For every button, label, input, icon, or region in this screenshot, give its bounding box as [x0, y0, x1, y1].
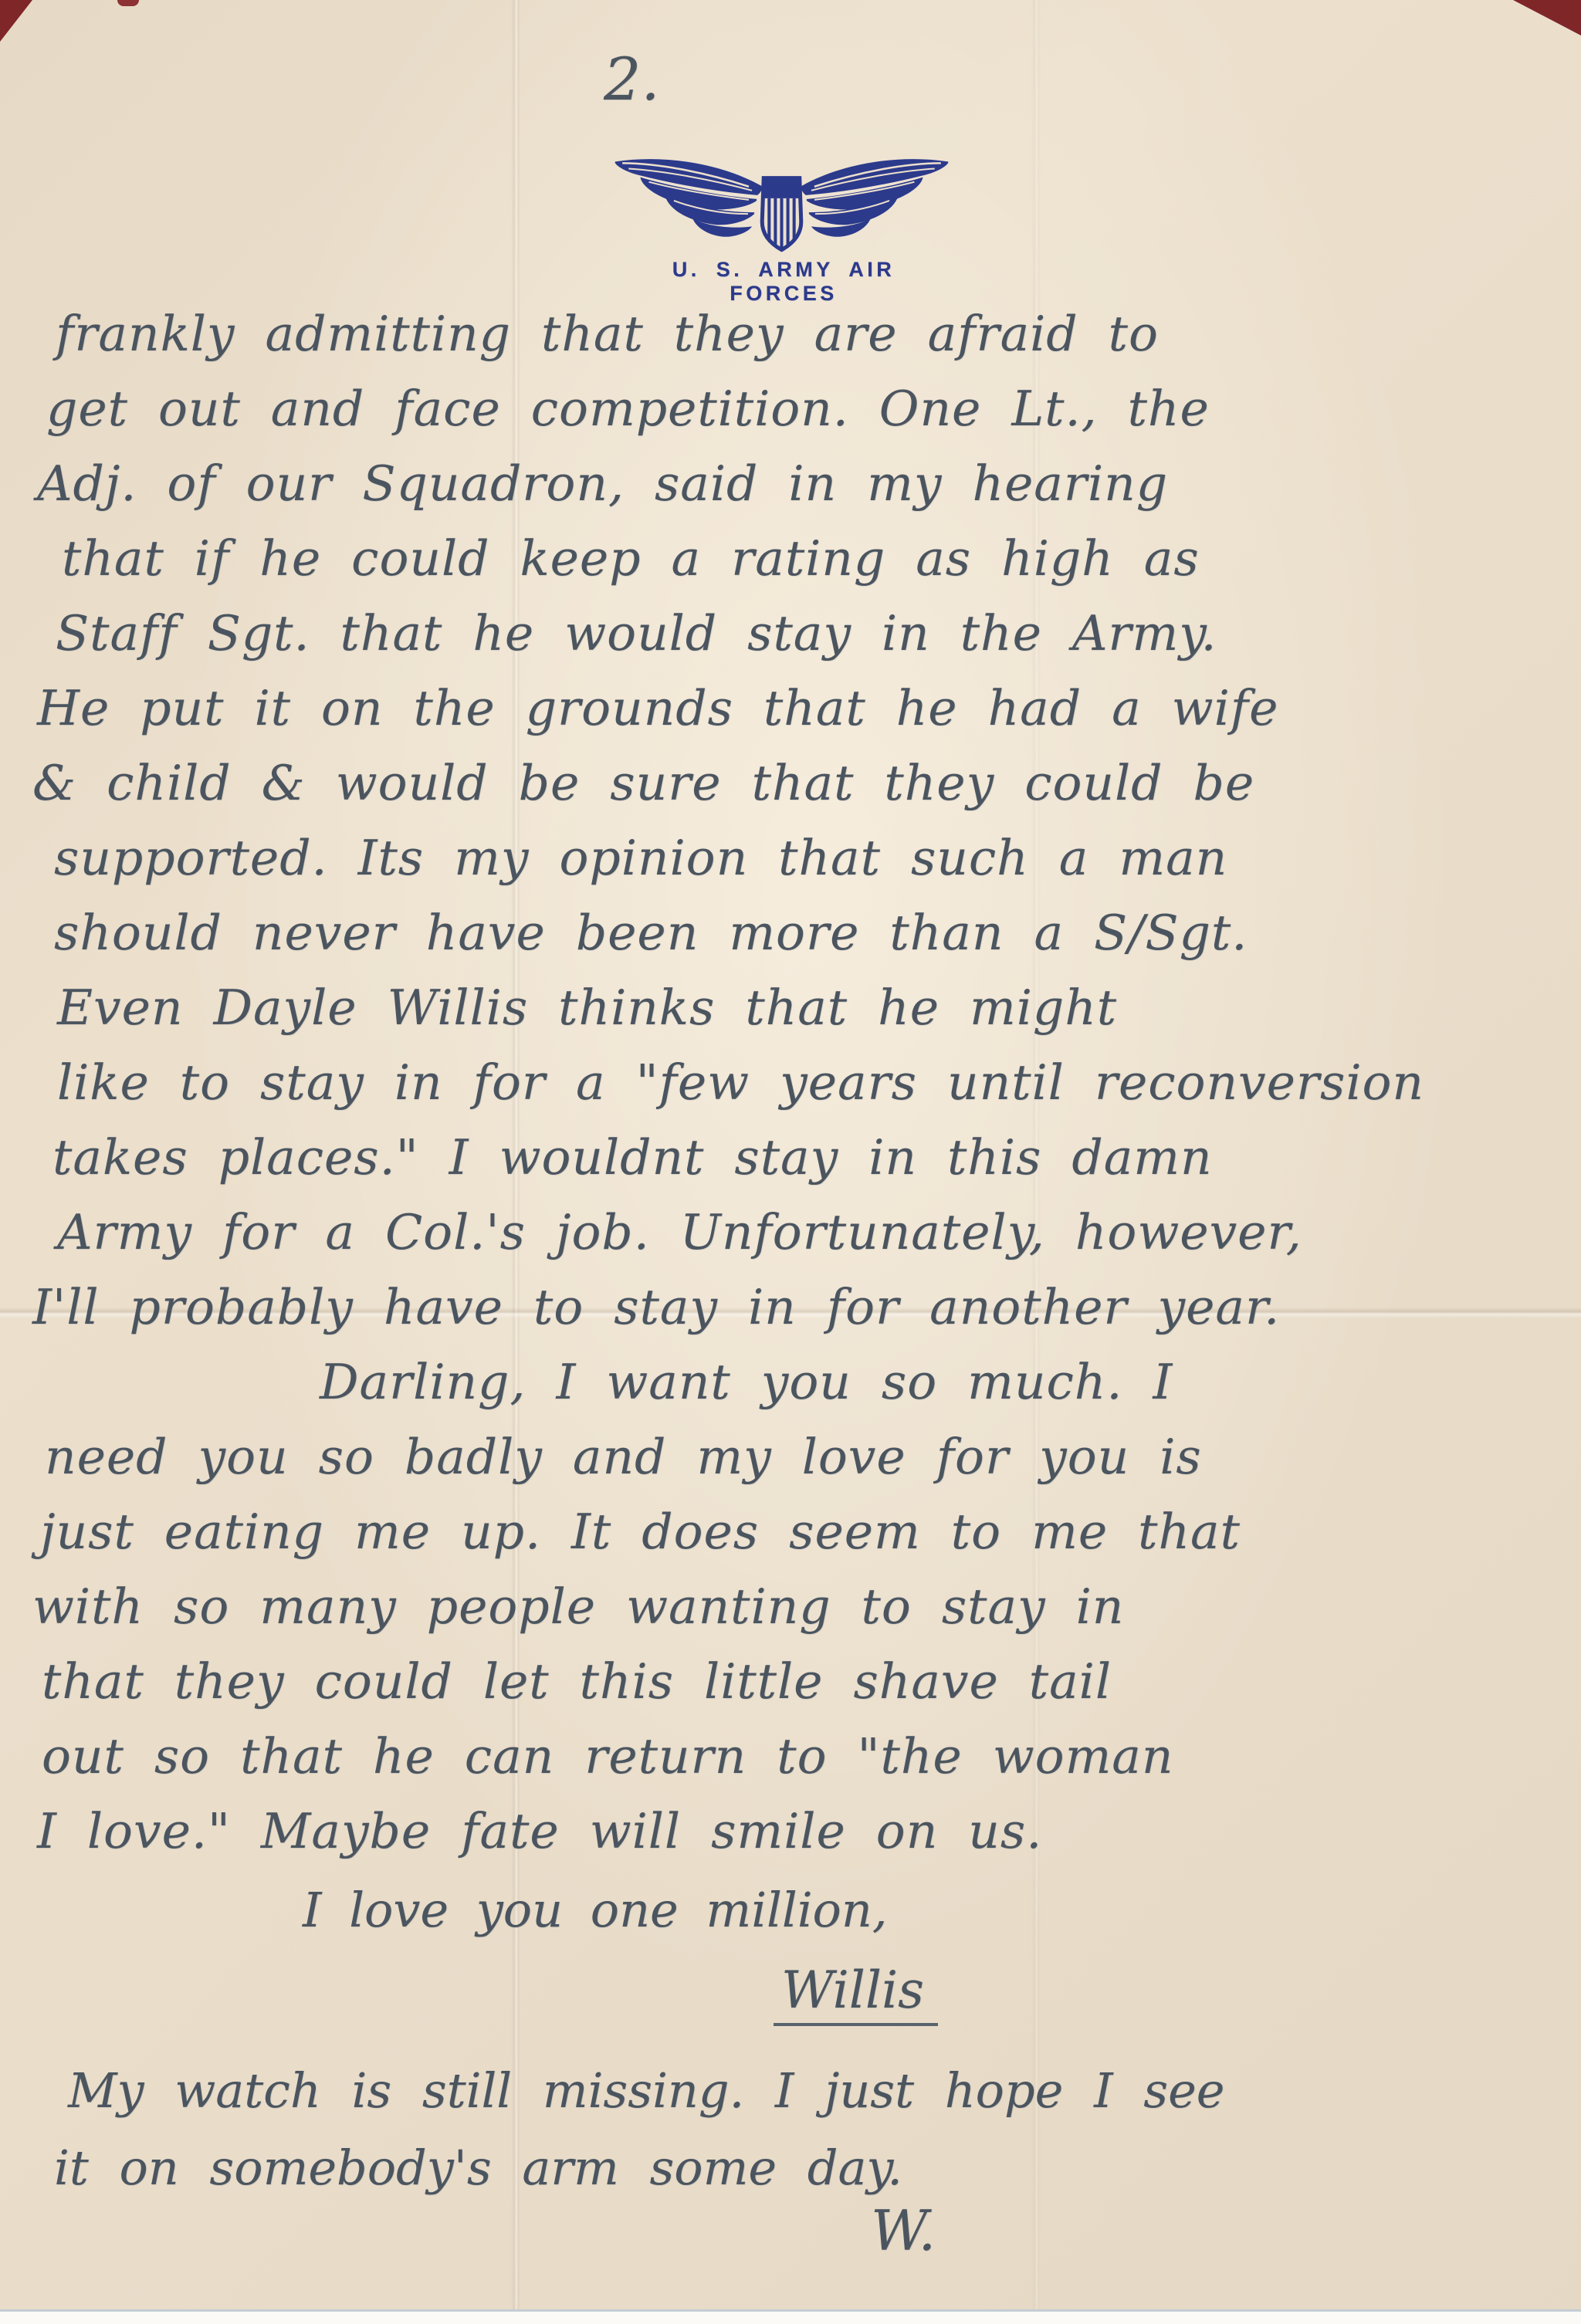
postscript-line: it on somebody's arm some day. — [54, 2140, 902, 2196]
pilot-wings-icon — [610, 150, 953, 259]
scan-corner-top-right — [1513, 0, 1581, 36]
scan-edge-bottom — [0, 2309, 1581, 2324]
valediction: I love you one million, — [303, 1882, 888, 1938]
letter-page: 2. — [0, 0, 1581, 2324]
handwritten-line: frankly admitting that they are afraid t… — [56, 296, 1565, 371]
handwritten-line: with so many people wanting to stay in — [32, 1569, 1565, 1644]
scan-corner-top-left — [0, 0, 32, 42]
handwritten-line: like to stay in for a "few years until r… — [57, 1045, 1565, 1120]
handwritten-line: Army for a Col.'s job. Unfortunately, ho… — [57, 1195, 1565, 1270]
handwritten-line: Adj. of our Squadron, said in my hearing — [37, 446, 1565, 521]
handwritten-line: He put it on the grounds that he had a w… — [37, 671, 1565, 746]
handwritten-line: just eating me up. It does seem to me th… — [40, 1494, 1565, 1569]
handwritten-line: that if he could keep a rating as high a… — [62, 521, 1565, 596]
handwritten-line: takes places." I wouldnt stay in this da… — [52, 1120, 1565, 1195]
handwritten-line: get out and face competition. One Lt., t… — [46, 371, 1565, 446]
pilot-wings-insignia — [610, 150, 953, 263]
handwritten-line: Even Dayle Willis thinks that he might — [57, 970, 1565, 1045]
scan-edge-mark — [117, 0, 139, 6]
handwritten-line: I'll probably have to stay in for anothe… — [32, 1270, 1565, 1345]
postscript-line: My watch is still missing. I just hope I… — [68, 2062, 1224, 2119]
postscript-initial: W. — [871, 2198, 936, 2263]
letter-body: frankly admitting that they are afraid t… — [32, 296, 1565, 1869]
handwritten-line: that they could let this little shave ta… — [42, 1644, 1565, 1719]
signature: Willis — [774, 1960, 938, 2026]
handwritten-line: I love." Maybe fate will smile on us. — [37, 1794, 1565, 1869]
handwritten-line: need you so badly and my love for you is — [45, 1419, 1565, 1494]
handwritten-line: Darling, I want you so much. I — [320, 1345, 1565, 1419]
handwritten-line: Staff Sgt. that he would stay in the Arm… — [56, 596, 1565, 671]
handwritten-line: should never have been more than a S/Sgt… — [54, 895, 1565, 970]
page-number: 2. — [604, 45, 660, 113]
handwritten-line: supported. Its my opinion that such a ma… — [54, 820, 1565, 895]
handwritten-line: & child & would be sure that they could … — [32, 746, 1565, 820]
handwritten-line: out so that he can return to "the woman — [42, 1719, 1565, 1794]
